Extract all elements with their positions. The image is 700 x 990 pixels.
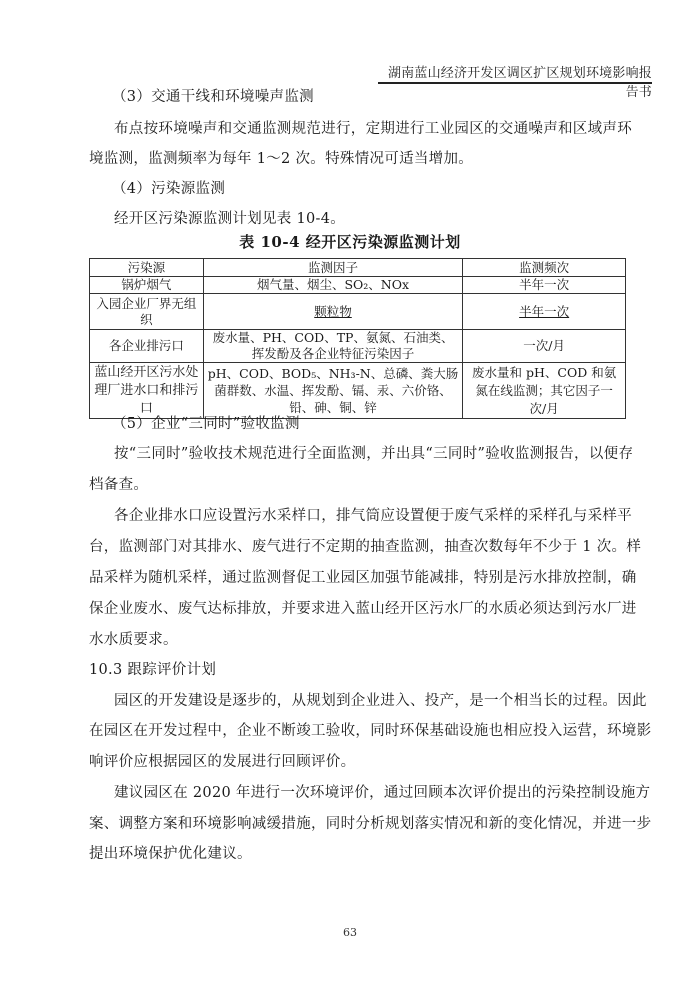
text-line: （3）交通干线和环境噪声监测	[112, 88, 314, 106]
text-line: 案、调整方案和环境影响减缓措施，同时分析规划落实情况和新的变化情况，并进一步	[89, 815, 651, 833]
page-number: 63	[0, 926, 700, 939]
factors-cell: 烟气量、烟尘、SO₂、NOx	[203, 277, 463, 294]
factors-cell: 废水量、PH、COD、TP、氨氮、石油类、挥发酚及各企业特征污染因子	[203, 330, 463, 363]
text-line: 保企业废水、废气达标排放，并要求进入蓝山经开区污水厂的水质必须达到污水厂进	[89, 600, 637, 618]
text-line: 响评价应根据园区的发展进行回顾评价。	[89, 753, 355, 771]
header-cell: 监测频次	[463, 259, 626, 277]
text-line: 境监测，监测频率为每年 1～2 次。特殊情况可适当增加。	[89, 150, 473, 168]
table-row: 各企业排污口 废水量、PH、COD、TP、氨氮、石油类、挥发酚及各企业特征污染因…	[90, 330, 626, 363]
text-line: （5）企业“三同时”验收监测	[112, 415, 300, 433]
header-cell: 污染源	[90, 259, 204, 277]
source-cell: 各企业排污口	[90, 330, 204, 363]
text-line: 水水质要求。	[89, 631, 178, 649]
text-line: 建议园区在 2020 年进行一次环境评价，通过回顾本次评价提出的污染控制设施方	[114, 784, 650, 802]
text-line: 台，监测部门对其排水、废气进行不定期的抽查监测，抽查次数每年不少于 1 次。样	[89, 538, 641, 556]
table-row: 锅炉烟气 烟气量、烟尘、SO₂、NOx 半年一次	[90, 277, 626, 294]
text-line: 档备查。	[89, 476, 148, 494]
frequency-cell: 一次/月	[463, 330, 626, 363]
text-line: 园区的开发建设是逐步的，从规划到企业进入、投产，是一个相当长的过程。因此	[114, 692, 647, 710]
text-line: 经开区污染源监测计划见表 10-4。	[114, 210, 345, 228]
text-line: 布点按环境噪声和交通监测规范进行，定期进行工业园区的交通噪声和区域声环	[114, 120, 632, 138]
text-line: 品采样为随机采样，通过监测督促工业园区加强节能减排，特别是污水排放控制，确	[89, 569, 637, 587]
monitoring-plan-table: 污染源 监测因子 监测频次 锅炉烟气 烟气量、烟尘、SO₂、NOx 半年一次 入…	[89, 258, 626, 419]
factors-cell: pH、COD、BOD₅、NH₃-N、总磷、粪大肠菌群数、水温、挥发酚、镉、汞、六…	[203, 363, 463, 419]
header-rule	[378, 82, 652, 84]
header-cell: 监测因子	[203, 259, 463, 277]
table-row: 入园企业厂界无组织 颗粒物 半年一次	[90, 294, 626, 330]
source-cell: 蓝山经开区污水处理厂进水口和排污口	[90, 363, 204, 419]
source-cell: 锅炉烟气	[90, 277, 204, 294]
source-cell: 入园企业厂界无组织	[90, 294, 204, 330]
table-row: 蓝山经开区污水处理厂进水口和排污口 pH、COD、BOD₅、NH₃-N、总磷、粪…	[90, 363, 626, 419]
frequency-cell: 半年一次	[463, 294, 626, 330]
running-header: 湖南蓝山经济开发区调区扩区规划环境影响报告书	[378, 62, 652, 100]
frequency-cell: 废水量和 pH、COD 和氨氮在线监测；其它因子一次/月	[463, 363, 626, 419]
factors-cell: 颗粒物	[203, 294, 463, 330]
text-line: （4）污染源监测	[112, 180, 225, 198]
text-line: 各企业排水口应设置污水采样口，排气筒应设置便于废气采样的采样孔与采样平	[114, 507, 632, 525]
frequency-cell: 半年一次	[463, 277, 626, 294]
table-title: 表 10-4 经开区污染源监测计划	[0, 231, 700, 252]
table-header-row: 污染源 监测因子 监测频次	[90, 259, 626, 277]
text-line: 按“三同时”验收技术规范进行全面监测，并出具“三同时”验收监测报告，以便存	[114, 445, 633, 463]
text-line: 提出环境保护优化建议。	[89, 845, 252, 863]
text-line: 10.3 跟踪评价计划	[89, 661, 216, 679]
text-line: 在园区在开发过程中，企业不断竣工验收，同时环保基础设施也相应投入运营，环境影	[89, 722, 651, 740]
